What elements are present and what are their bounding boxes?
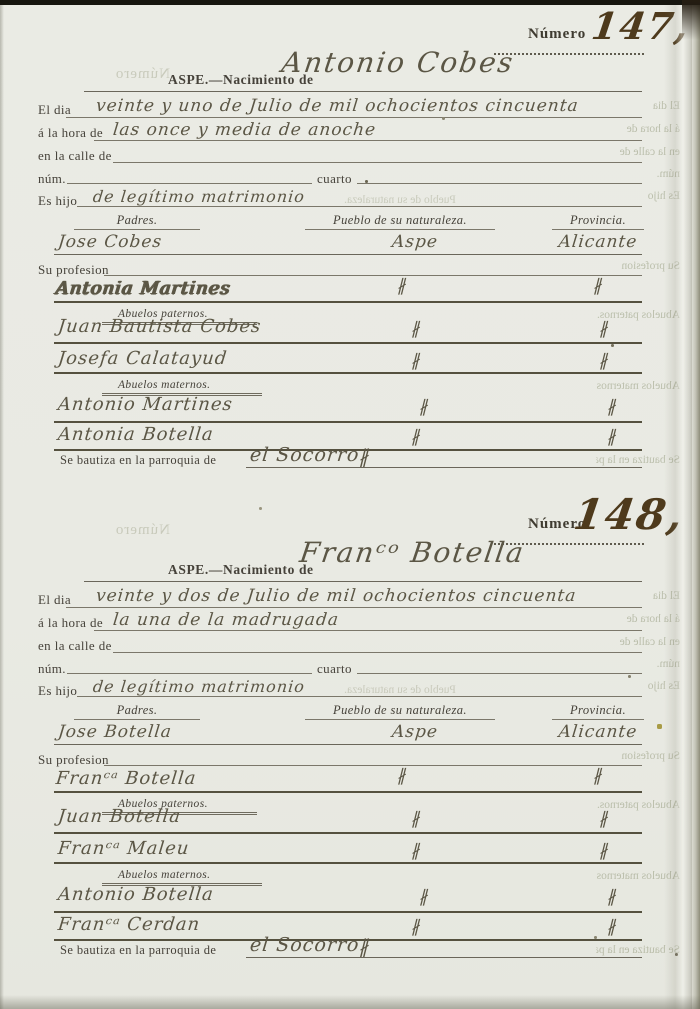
parents-column-header: Padres. bbox=[72, 703, 202, 718]
ditto-mark: ∦ bbox=[598, 809, 612, 829]
ditto-mark: ∦ bbox=[598, 841, 612, 861]
house-number-label: núm. bbox=[38, 661, 66, 677]
profession-label: Su profesion bbox=[38, 262, 109, 278]
page-fold-shadow bbox=[664, 0, 692, 1009]
page-edge-right bbox=[690, 0, 700, 1009]
maternal-grandparents-header: Abuelos maternos. bbox=[118, 379, 210, 391]
form-rule bbox=[67, 183, 312, 184]
parents-column-header: Padres. bbox=[72, 213, 202, 228]
hour-value: la una de la madrugada bbox=[112, 610, 340, 630]
ditto-mark: ∦ bbox=[410, 427, 424, 447]
paternal-grandfather-name: Juan Botella bbox=[57, 806, 182, 827]
father-province: Alicante bbox=[547, 722, 649, 742]
maternal-grandparents-header: Abuelos maternos. bbox=[118, 869, 210, 881]
paternal-grandmother-name: Josefa Calatayud bbox=[57, 348, 229, 369]
floor-label: cuarto bbox=[317, 661, 352, 677]
birth-record: Número Número 148, ASPE.—Nacimiento de F… bbox=[0, 494, 700, 976]
form-rule bbox=[54, 342, 642, 344]
form-rule bbox=[246, 467, 642, 468]
form-rule bbox=[54, 421, 642, 423]
birthplace-column-header: Pueblo de su naturaleza. bbox=[300, 703, 500, 718]
legitimacy-value: de legítimo matrimonio bbox=[92, 187, 306, 206]
header-rule bbox=[552, 229, 644, 230]
father-province: Alicante bbox=[547, 232, 649, 252]
ditto-mark: ∦ bbox=[592, 766, 606, 786]
ditto-mark: ∦ bbox=[418, 397, 432, 417]
hour-label: á la hora de bbox=[38, 615, 103, 631]
baptism-label: Se bautiza en la parroquia de bbox=[60, 943, 216, 958]
form-rule bbox=[94, 140, 642, 141]
house-number-label: núm. bbox=[38, 171, 66, 187]
baptism-parish: el Socorro bbox=[249, 444, 361, 466]
ditto-mark: ∦ bbox=[606, 887, 620, 907]
form-rule bbox=[77, 696, 642, 697]
town-header-label: ASPE.—Nacimiento de bbox=[168, 562, 314, 578]
maternal-grandmother-name: Antonia Botella bbox=[57, 424, 215, 445]
header-rule bbox=[552, 719, 644, 720]
date-value: veinte y dos de Julio de mil ochocientos… bbox=[95, 586, 578, 606]
form-rule bbox=[113, 162, 642, 163]
form-rule bbox=[54, 254, 642, 255]
form-rule bbox=[54, 301, 642, 303]
form-rule bbox=[66, 117, 642, 118]
form-rule bbox=[66, 607, 642, 608]
hour-label: á la hora de bbox=[38, 125, 103, 141]
ditto-mark: ∦ bbox=[396, 766, 410, 786]
page-edge-left bbox=[0, 0, 4, 1009]
maternal-grandfather-name: Antonio Martines bbox=[57, 394, 234, 415]
floor-label: cuarto bbox=[317, 171, 352, 187]
ditto-mark: ∦ bbox=[598, 319, 612, 339]
form-rule bbox=[54, 744, 642, 745]
legitimacy-label: Es hijo bbox=[38, 193, 77, 209]
page-edge-bottom bbox=[0, 995, 700, 1009]
mother-name: Franᶜᵃ Botella bbox=[55, 768, 198, 789]
form-rule bbox=[94, 630, 642, 631]
province-column-header: Provincia. bbox=[548, 213, 648, 228]
ditto-mark: ∦ bbox=[410, 319, 424, 339]
form-rule bbox=[357, 673, 642, 674]
child-name: Franᶜᵒ Botella bbox=[298, 536, 528, 569]
page-edge-top bbox=[0, 0, 700, 5]
form-rule bbox=[104, 765, 642, 766]
wavy-rule bbox=[494, 53, 644, 55]
numero-label: Número bbox=[528, 26, 586, 43]
header-rule bbox=[74, 229, 200, 230]
legitimacy-value: de legítimo matrimonio bbox=[92, 677, 306, 696]
street-label: en la calle de bbox=[38, 638, 112, 654]
father-birthplace: Aspe bbox=[339, 232, 491, 252]
date-label: El dia bbox=[38, 102, 71, 118]
maternal-grandmother-name: Franᶜᵃ Cerdan bbox=[57, 914, 201, 935]
form-rule bbox=[54, 791, 642, 793]
baptism-label: Se bautiza en la parroquia de bbox=[60, 453, 216, 468]
date-value: veinte y uno de Julio de mil ochocientos… bbox=[95, 96, 580, 116]
street-label: en la calle de bbox=[38, 148, 112, 164]
ditto-mark: ∦ bbox=[410, 841, 424, 861]
ditto-mark: ∦ bbox=[606, 917, 620, 937]
birthplace-column-header: Pueblo de su naturaleza. bbox=[300, 213, 500, 228]
hour-value: las once y media de anoche bbox=[112, 120, 377, 140]
header-rule bbox=[74, 719, 200, 720]
form-rule bbox=[104, 275, 642, 276]
ditto-mark: ∦ bbox=[598, 351, 612, 371]
form-rule bbox=[67, 673, 312, 674]
bleed-through-text: Número bbox=[40, 66, 170, 83]
paternal-grandfather-name: Juan Bautista Cobes bbox=[57, 316, 263, 337]
form-rule bbox=[84, 581, 642, 582]
form-rule bbox=[246, 957, 642, 958]
form-rule bbox=[54, 862, 642, 864]
paternal-grandmother-name: Franᶜᵃ Maleu bbox=[57, 838, 191, 859]
ditto-mark: ∦ bbox=[606, 397, 620, 417]
form-rule bbox=[54, 832, 642, 834]
baptism-parish: el Socorro bbox=[249, 934, 361, 956]
form-rule bbox=[54, 372, 642, 374]
ditto-mark: ∦ bbox=[606, 427, 620, 447]
ditto-mark: ∦ bbox=[410, 917, 424, 937]
ditto-mark: ∦ bbox=[418, 887, 432, 907]
ditto-mark: ∦ bbox=[410, 351, 424, 371]
bleed-through-text: Pueblo de su naturaleza. bbox=[300, 684, 500, 696]
child-name: Antonio Cobes bbox=[280, 46, 517, 79]
father-birthplace: Aspe bbox=[339, 722, 491, 742]
header-rule bbox=[305, 229, 495, 230]
form-rule bbox=[357, 183, 642, 184]
form-rule bbox=[54, 911, 642, 913]
father-name: Jose Botella bbox=[57, 722, 173, 742]
profession-label: Su profesion bbox=[38, 752, 109, 768]
province-column-header: Provincia. bbox=[548, 703, 648, 718]
page-corner-shadow bbox=[682, 0, 700, 40]
birth-record: Número Número 147, ASPE.—Nacimiento de A… bbox=[0, 4, 700, 486]
ditto-mark: ∦ bbox=[396, 276, 410, 296]
father-name: Jose Cobes bbox=[57, 232, 163, 252]
legitimacy-label: Es hijo bbox=[38, 683, 77, 699]
mother-name: Antonia Martines bbox=[55, 278, 232, 299]
maternal-grandfather-name: Antonio Botella bbox=[57, 884, 215, 905]
date-label: El dia bbox=[38, 592, 71, 608]
header-rule bbox=[305, 719, 495, 720]
ditto-mark: ∦ bbox=[410, 809, 424, 829]
bleed-through-text: Número bbox=[40, 522, 170, 539]
ditto-mark: ∦ bbox=[592, 276, 606, 296]
registry-page: Número Número 147, ASPE.—Nacimiento de A… bbox=[0, 0, 700, 1009]
form-rule bbox=[77, 206, 642, 207]
bleed-through-text: Pueblo de su naturaleza. bbox=[300, 194, 500, 206]
form-rule bbox=[84, 91, 642, 92]
form-rule bbox=[113, 652, 642, 653]
